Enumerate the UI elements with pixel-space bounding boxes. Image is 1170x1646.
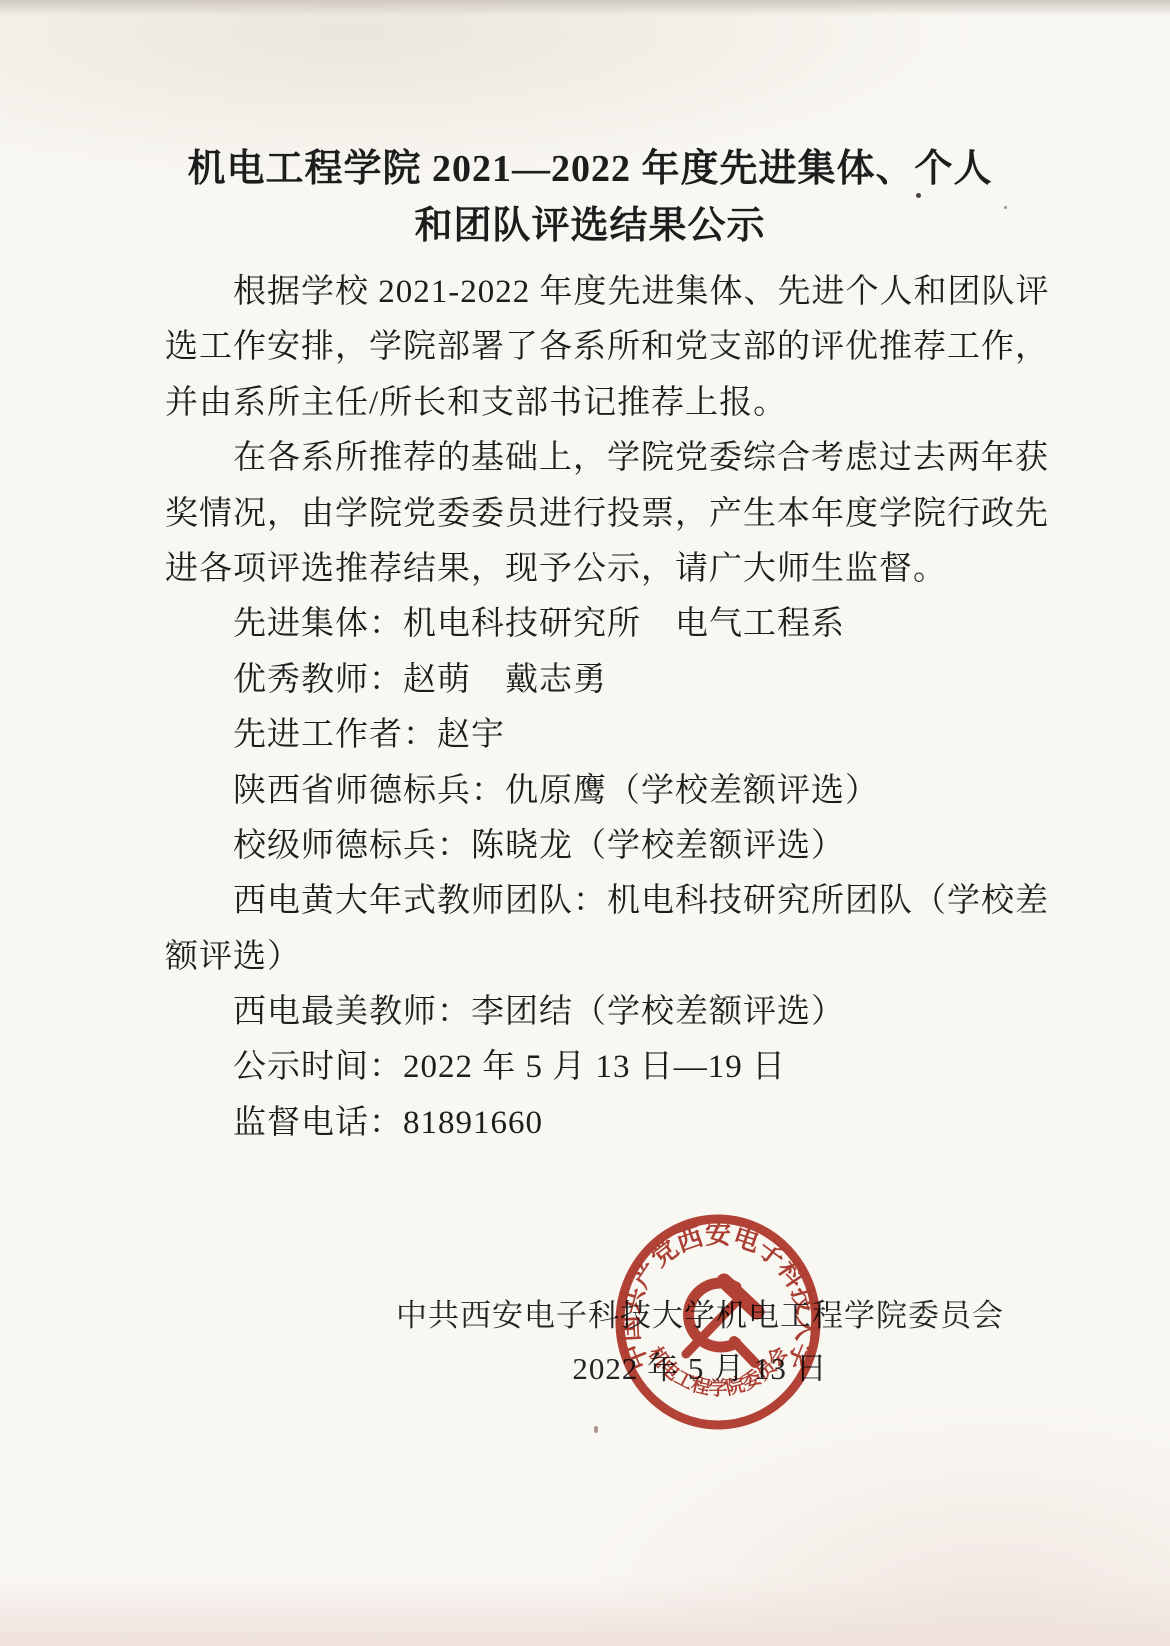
- body-line-huang-danian-team: 西电黄大年式教师团队：机电科技研究所团队（学校差: [165, 874, 1015, 929]
- body-line: 根据学校 2021-2022 年度先进集体、先进个人和团队评: [165, 265, 1015, 320]
- body-line: 进各项评选推荐结果，现予公示，请广大师生监督。: [165, 542, 1015, 597]
- scan-artifact: [1004, 206, 1007, 209]
- body-line-advanced-worker: 先进工作者：赵宇: [165, 708, 1015, 763]
- scan-artifact: [594, 1426, 598, 1433]
- body-text: 根据学校 2021-2022 年度先进集体、先进个人和团队评 选工作安排，学院部…: [165, 265, 1015, 1151]
- body-line-shaanxi-shide-model: 陕西省师德标兵：仇原鹰（学校差额评选）: [165, 764, 1015, 819]
- body-line-advanced-collective: 先进集体：机电科技研究所 电气工程系: [165, 597, 1015, 652]
- body-line-supervision-phone: 监督电话：81891660: [165, 1096, 1015, 1151]
- official-seal-graphic: 中国共产党西安电子科技大学 机电工程学院委员会: [612, 1213, 824, 1431]
- sickle-handle: [734, 1341, 755, 1363]
- document-body: 机电工程学院 2021—2022 年度先进集体、个人 和团队评选结果公示 根据学…: [165, 141, 1015, 1151]
- scanned-document-page: 机电工程学院 2021—2022 年度先进集体、个人 和团队评选结果公示 根据学…: [0, 0, 1170, 1646]
- body-line-excellent-teachers: 优秀教师：赵萌 戴志勇: [165, 653, 1015, 708]
- scan-artifact: [916, 193, 921, 198]
- body-line-huang-danian-team-wrap: 额评选）: [165, 930, 1015, 985]
- body-line-publicity-period: 公示时间：2022 年 5 月 13 日—19 日: [165, 1040, 1015, 1095]
- body-line-school-shide-model: 校级师德标兵：陈晓龙（学校差额评选）: [165, 819, 1015, 874]
- body-line: 奖情况，由学院党委委员进行投票，产生本年度学院行政先: [165, 487, 1015, 542]
- body-line-xidian-best-teacher: 西电最美教师：李团结（学校差额评选）: [165, 985, 1015, 1040]
- body-line: 选工作安排，学院部署了各系所和党支部的评优推荐工作，: [165, 320, 1015, 375]
- document-title-line-2: 和团队评选结果公示: [165, 198, 1015, 255]
- body-line: 并由系所主任/所长和支部书记推荐上报。: [165, 376, 1015, 431]
- official-seal: 中国共产党西安电子科技大学 机电工程学院委员会: [612, 1213, 824, 1431]
- document-title-line-1: 机电工程学院 2021—2022 年度先进集体、个人: [165, 141, 1015, 198]
- hammer-sickle-icon: [686, 1281, 757, 1363]
- body-line: 在各系所推荐的基础上，学院党委综合考虑过去两年获: [165, 431, 1015, 486]
